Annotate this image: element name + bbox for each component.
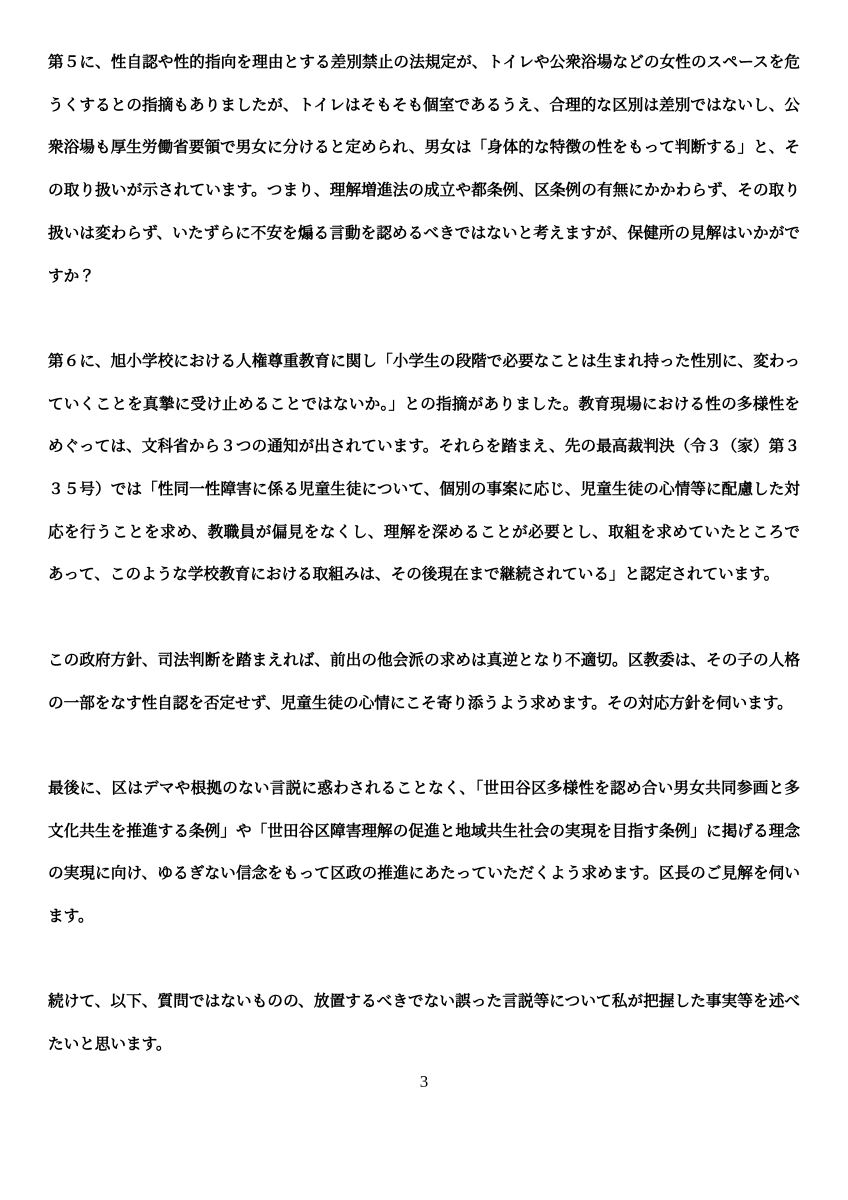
page-number: 3 — [0, 1072, 848, 1092]
paragraph-question-6: 第６に、旭小学校における人権尊重教育に関し「小学生の段階で必要なことは生まれ持っ… — [48, 340, 800, 596]
document-body: 第５に、性自認や性的指向を理由とする差別禁止の法規定が、トイレや公衆浴場などの女… — [48, 41, 800, 1109]
paragraph-continuation-note: 続けて、以下、質問ではないものの、放置するべきでない誤った言説等について私が把握… — [48, 980, 800, 1065]
paragraph-final-request: 最後に、区はデマや根拠のない言説に惑わされることなく、「世田谷区多様性を認め合い… — [48, 767, 800, 938]
paragraph-policy-judgment: この政府方針、司法判断を踏まえれば、前出の他会派の求めは真逆となり不適切。区教委… — [48, 639, 800, 724]
document-page: 第５に、性自認や性的指向を理由とする差別禁止の法規定が、トイレや公衆浴場などの女… — [0, 0, 848, 1200]
paragraph-question-5: 第５に、性自認や性的指向を理由とする差別禁止の法規定が、トイレや公衆浴場などの女… — [48, 41, 800, 297]
